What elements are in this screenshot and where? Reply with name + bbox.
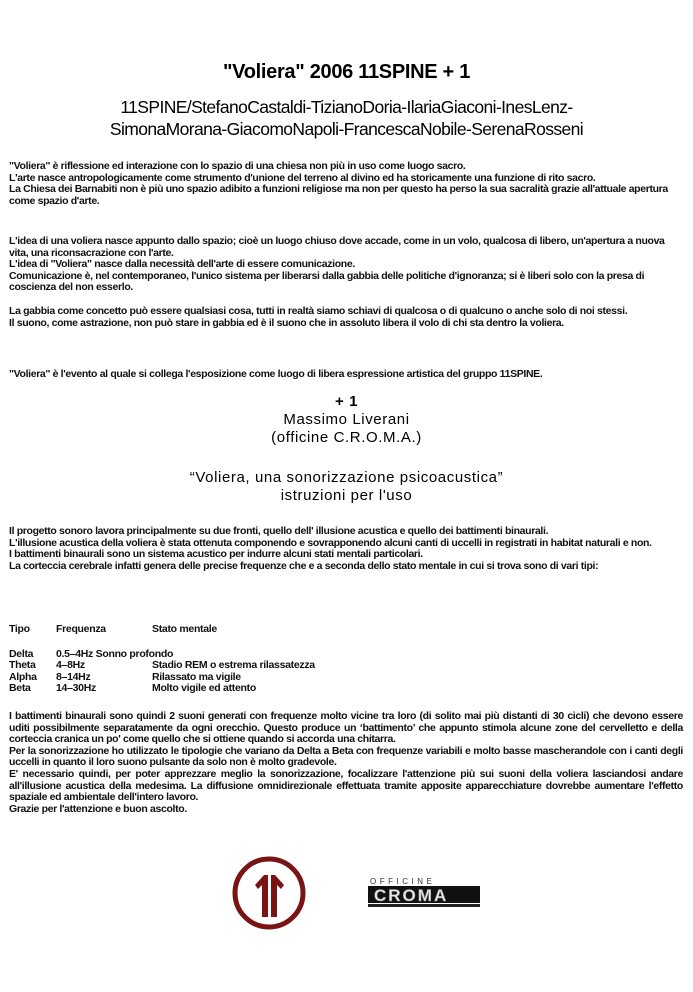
text-line: Il suono, come astrazione, non può stare… (9, 318, 683, 330)
frequency-table: Tipo Frequenza Stato mentale Delta 0.5–4… (9, 624, 315, 695)
guest-credit: + 1 Massimo Liverani (officine C.R.O.M.A… (0, 393, 693, 447)
authors-list: 11SPINE/StefanoCastaldi-TizianoDoria-Ila… (0, 96, 693, 140)
text-line: "Voliera" è l'evento al quale si collega… (9, 369, 683, 381)
guest-affiliation: (officine C.R.O.M.A.) (0, 429, 693, 447)
plus-one: + 1 (0, 393, 693, 411)
project-paragraph: Il progetto sonoro lavora principalmente… (9, 526, 683, 572)
section-title: “Voliera, una sonorizzazione psicoacusti… (0, 469, 693, 505)
text-line: La Chiesa dei Barnabiti non è più uno sp… (9, 184, 683, 207)
text-line: I battimenti binaurali sono quindi 2 suo… (9, 711, 683, 746)
authors-line: SimonaMorana-GiacomoNapoli-FrancescaNobi… (0, 118, 693, 140)
intro-paragraph: "Voliera" è l'evento al quale si collega… (9, 369, 683, 381)
authors-line: 11SPINE/StefanoCastaldi-TizianoDoria-Ila… (0, 96, 693, 118)
guest-name: Massimo Liverani (0, 411, 693, 429)
header-stato: Stato mentale (152, 624, 315, 636)
svg-text:CROMA: CROMA (374, 886, 448, 905)
cell-stato: Sonno profondo (96, 648, 173, 660)
text-line: Grazie per l'attenzione e buon ascolto. (9, 804, 683, 816)
text-line: Per la sonorizzazione ho utilizzato le t… (9, 746, 683, 769)
document-title: "Voliera" 2006 11SPINE + 1 (0, 60, 693, 84)
intro-paragraph: La gabbia come concetto può essere quals… (9, 306, 683, 329)
text-line: La corteccia cerebrale infatti genera de… (9, 561, 683, 573)
section-title-line: “Voliera, una sonorizzazione psicoacusti… (0, 469, 693, 487)
header-tipo: Tipo (9, 624, 56, 636)
closing-paragraph: I battimenti binaurali sono quindi 2 suo… (9, 711, 683, 815)
text-line: La gabbia come concetto può essere quals… (9, 306, 683, 318)
cell-tipo: Beta (9, 683, 56, 695)
text-line: E' necessario quindi, per poter apprezza… (9, 769, 683, 804)
text-line: L'idea di una voliera nasce appunto dall… (9, 236, 683, 259)
table-row: Beta 14–30Hz Molto vigile ed attento (9, 683, 315, 695)
officine-croma-logo-icon: OFFICINE CROMA (366, 876, 482, 910)
document-page: "Voliera" 2006 11SPINE + 1 11SPINE/Stefa… (0, 0, 693, 992)
svg-text:OFFICINE: OFFICINE (370, 877, 435, 886)
cell-frequenza: 0.5–4Hz (56, 648, 93, 660)
cell-frequenza: 14–30Hz (56, 683, 152, 695)
intro-paragraph: L'idea di una voliera nasce appunto dall… (9, 236, 683, 294)
cell-stato: Molto vigile ed attento (152, 683, 315, 695)
section-title-line: istruzioni per l'uso (0, 487, 693, 505)
table-header-row: Tipo Frequenza Stato mentale (9, 624, 315, 636)
11spine-logo-icon (231, 855, 307, 931)
intro-paragraph: "Voliera" è riflessione ed interazione c… (9, 161, 683, 207)
header-frequenza: Frequenza (56, 624, 152, 636)
text-line: Il progetto sonoro lavora principalmente… (9, 526, 683, 538)
text-line: Comunicazione è, nel contemporaneo, l'un… (9, 271, 683, 294)
text-line: "Voliera" è riflessione ed interazione c… (9, 161, 683, 173)
